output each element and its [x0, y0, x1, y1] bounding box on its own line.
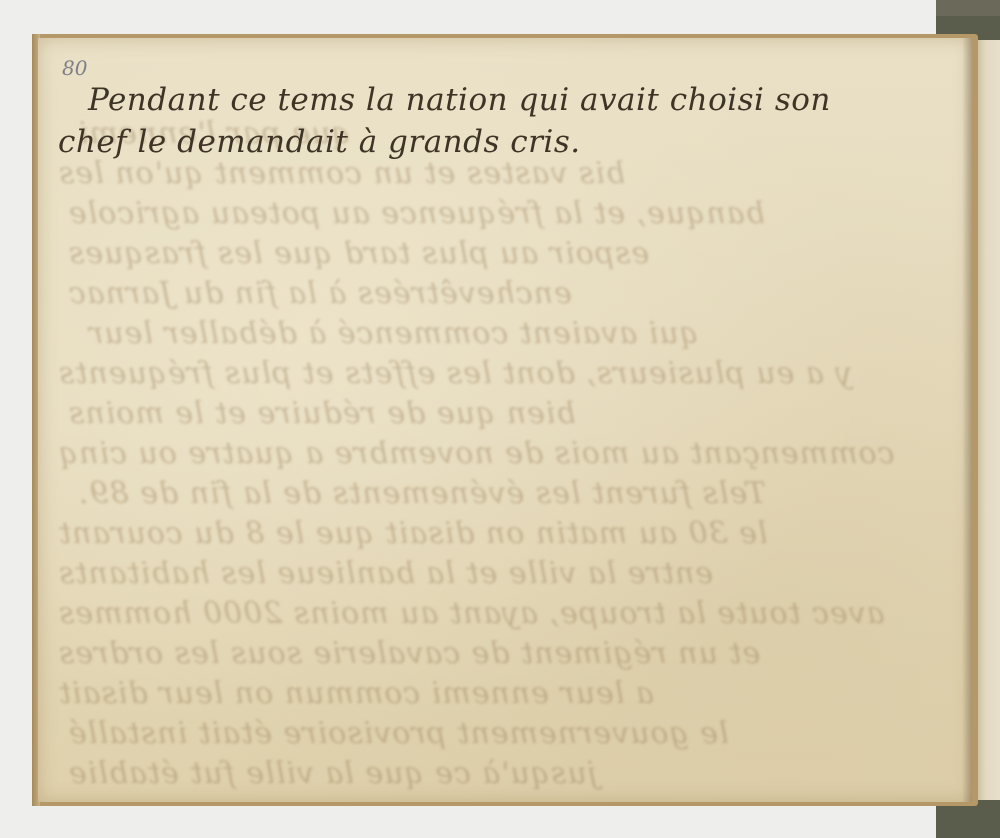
- bleed-through-line: et un régiment de cavalerie sous les ord…: [58, 636, 760, 671]
- scan-backdrop-top: [936, 0, 1000, 16]
- bleed-through-line: avec toute la troupe, ayant au moins 200…: [58, 596, 885, 631]
- bleed-through-line: y a eu plusieurs, dont les effets et plu…: [58, 356, 852, 391]
- bleed-through-line: a leur ennemi commun on leur disait: [58, 676, 654, 711]
- handwritten-line-2: chef le demandait à grands cris.: [58, 124, 581, 160]
- bleed-through-line: le 30 au matin on disait que le 8 du cou…: [58, 516, 768, 551]
- page-number: 80: [62, 56, 87, 80]
- bleed-through-line: espoir au plus tard que les frasques: [68, 236, 649, 271]
- bleed-through-line: commençant au mois de novembre a quatre …: [58, 436, 894, 471]
- bleed-through-line: jusqu'à ce que la ville fut établie: [68, 756, 597, 791]
- bleed-through-line: bien que de réduire et le moins: [68, 396, 576, 431]
- adjacent-page-edge: [976, 40, 1000, 800]
- bleed-through-line: le gouvernement provisoire était install…: [68, 716, 729, 751]
- bleed-through-line: enchevêtrées à la fin du Jarnac: [68, 276, 572, 311]
- bleed-through-line: Tels furent les événements de la fin de …: [78, 476, 766, 511]
- handwritten-line-1: Pendant ce tems la nation qui avait choi…: [88, 82, 831, 118]
- manuscript-page: que par l'ennemi bis vastes et un commen…: [38, 38, 972, 802]
- gutter-shadow: [962, 38, 972, 802]
- bleed-through-line: banque, et la fréquence au poteau agrico…: [68, 196, 765, 231]
- bleed-through-line: bis vastes et un comment qu'on les: [58, 156, 625, 191]
- bleed-through-line: entre la ville et la banlieue les habita…: [58, 556, 713, 591]
- bleed-through-line: qui avaient commencé à déballer leur: [88, 316, 699, 351]
